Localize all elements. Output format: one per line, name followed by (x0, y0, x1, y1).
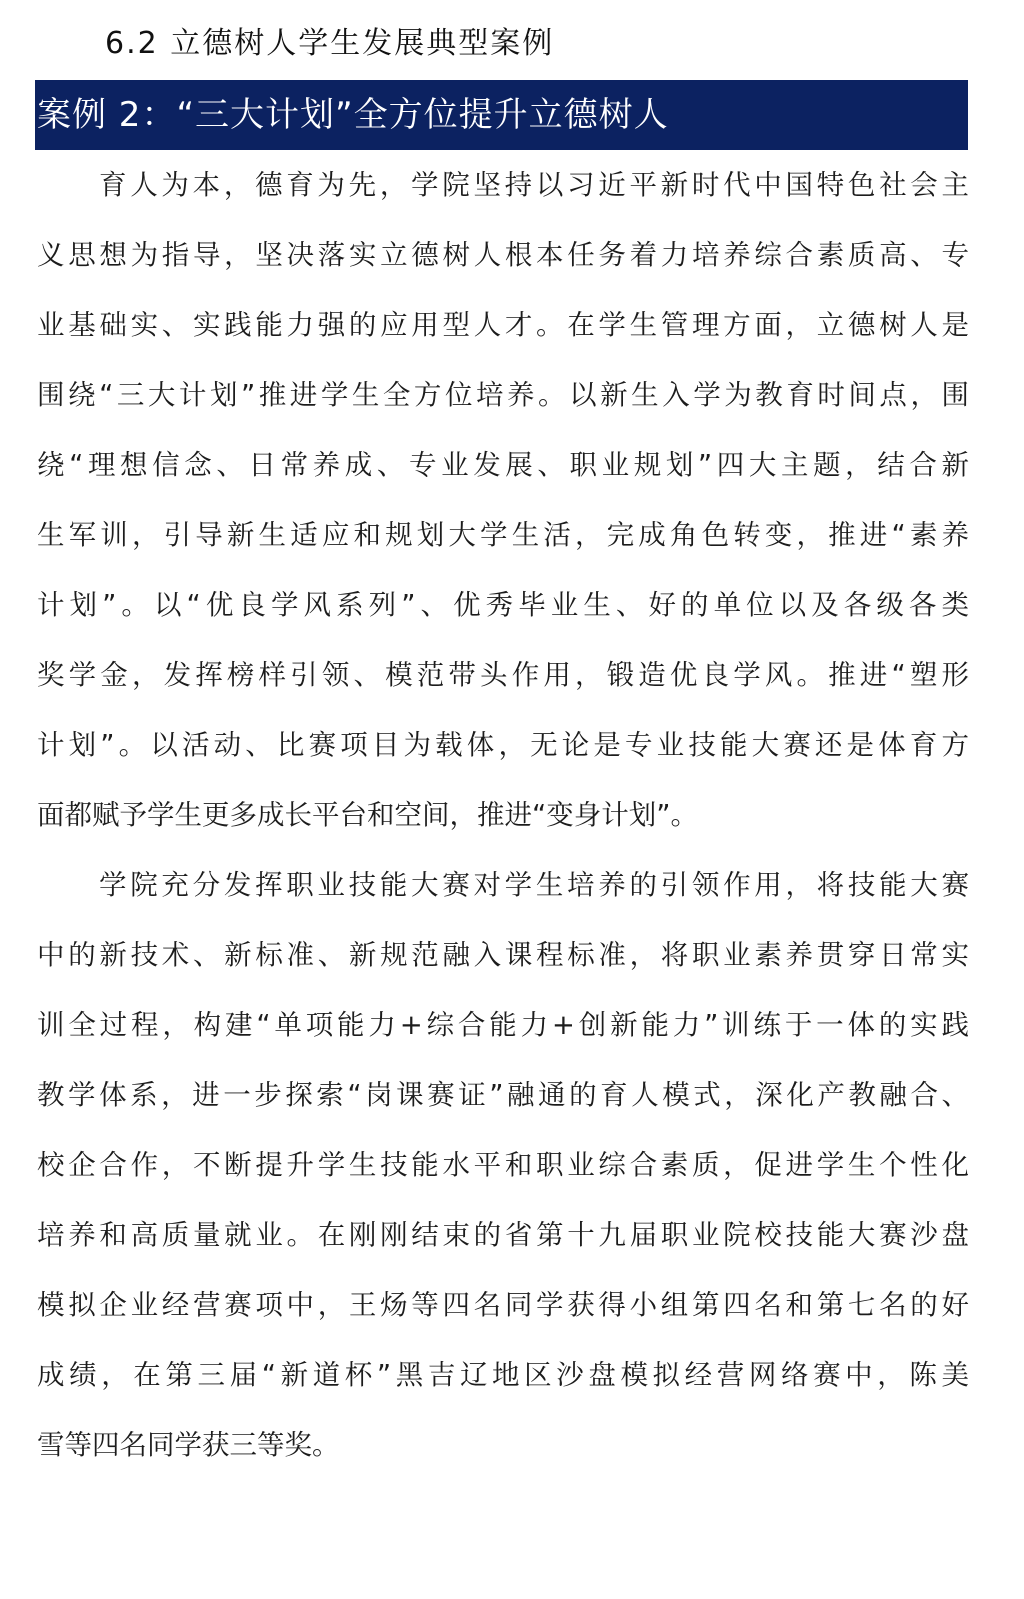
paragraph-line: 绕“理想信念、日常养成、专业发展、职业规划”四大主题，结合新 (37, 445, 969, 485)
paragraph-line: 培养和高质量就业。在刚刚结束的省第十九届职业院校技能大赛沙盘 (37, 1215, 969, 1255)
paragraph-line: 中的新技术、新标准、新规范融入课程标准，将职业素养贯穿日常实 (37, 935, 969, 975)
paragraph-line: 业基础实、实践能力强的应用型人才。在学生管理方面，立德树人是 (37, 305, 969, 345)
paragraph-line: 模拟企业经营赛项中，王炀等四名同学获得小组第四名和第七名的好 (37, 1285, 969, 1325)
paragraph-line: 计划”。以“优良学风系列”、优秀毕业生、好的单位以及各级各类 (37, 585, 969, 625)
paragraph-line: 计划”。以活动、比赛项目为载体，无论是专业技能大赛还是体育方 (37, 725, 969, 765)
paragraph-line: 面都赋予学生更多成长平台和空间，推进“变身计划”。 (37, 795, 698, 835)
section-title: 6.2 立德树人学生发展典型案例 (105, 22, 554, 66)
paragraph-line: 成绩，在第三届“新道杯”黑吉辽地区沙盘模拟经营网络赛中，陈美 (37, 1355, 969, 1395)
paragraph-line: 雪等四名同学获三等奖。 (37, 1425, 340, 1465)
paragraph-line: 校企合作，不断提升学生技能水平和职业综合素质，促进学生个性化 (37, 1145, 969, 1185)
paragraph-line: 围绕“三大计划”推进学生全方位培养。以新生入学为教育时间点，围 (37, 375, 969, 415)
paragraph-line: 义思想为指导，坚决落实立德树人根本任务着力培养综合素质高、专 (37, 235, 969, 275)
paragraph-line: 奖学金，发挥榜样引领、模范带头作用，锻造优良学风。推进“塑形 (37, 655, 969, 695)
case-banner: 案例 2：“三大计划”全方位提升立德树人 (35, 80, 968, 150)
case-title: 案例 2：“三大计划”全方位提升立德树人 (37, 90, 669, 140)
paragraph-line: 生军训，引导新生适应和规划大学生活，完成角色转变，推进“素养 (37, 515, 969, 555)
paragraph-line: 育人为本，德育为先，学院坚持以习近平新时代中国特色社会主 (99, 165, 969, 205)
paragraph-line: 学院充分发挥职业技能大赛对学生培养的引领作用，将技能大赛 (99, 865, 969, 905)
paragraph-line: 训全过程，构建“单项能力+综合能力+创新能力”训练于一体的实践 (37, 1005, 969, 1045)
paragraph-line: 教学体系，进一步探索“岗课赛证”融通的育人模式，深化产教融合、 (37, 1075, 969, 1115)
